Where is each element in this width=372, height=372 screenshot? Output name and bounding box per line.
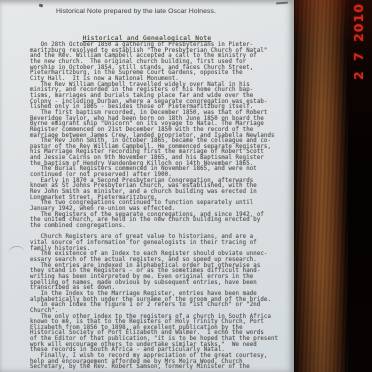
red-date-stamp: 2 7 2010 xyxy=(351,0,367,80)
wooden-table-edge xyxy=(294,0,348,372)
photo-of-document: Historical Note prepared by the late Osc… xyxy=(0,0,372,372)
document-title-note: Historical Note prepared by the late Osc… xyxy=(56,8,294,15)
pen-dash-mark xyxy=(276,2,288,5)
ink-smudge-mark xyxy=(39,3,44,7)
section-heading: Historical and Genealogical Note xyxy=(0,35,294,42)
document-page: Historical Note prepared by the late Osc… xyxy=(0,0,294,372)
pencil-squiggle-mark xyxy=(8,245,25,254)
document-body-text: On 28th October 1850 a gathering of Pres… xyxy=(30,43,278,371)
